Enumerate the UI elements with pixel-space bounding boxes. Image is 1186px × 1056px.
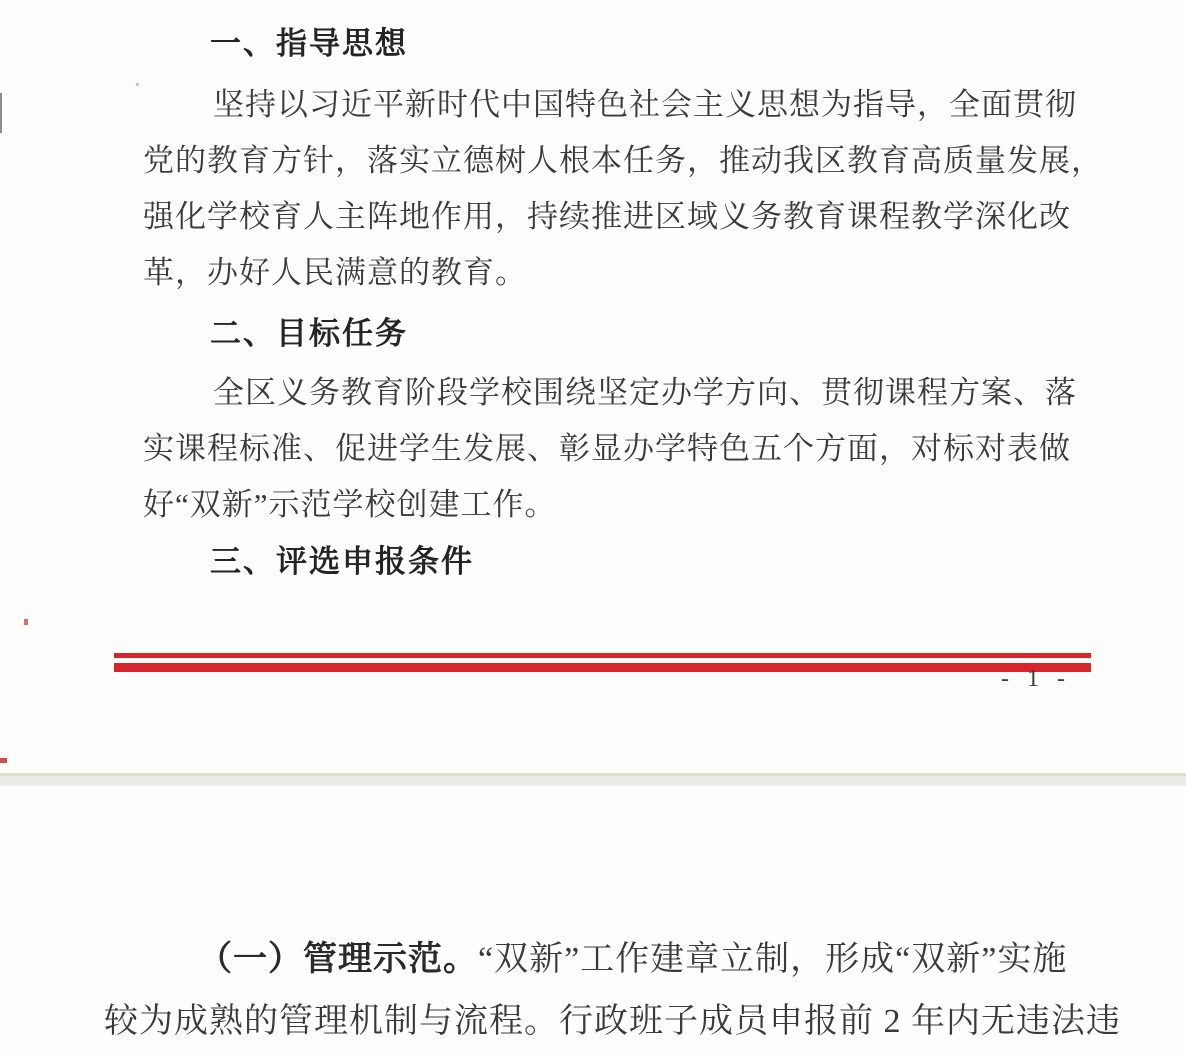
heading-guiding-ideology: 一、指导思想 [210,26,408,62]
page-1: 一、指导思想 坚持以习近平新时代中国特色社会主义思想为指导，全面贯彻 党的教育方… [0,0,1186,775]
page-number: - 1 - [988,666,1084,693]
page-gap-band [0,776,1186,786]
scan-artifact-pink-dot [136,83,139,86]
page-separator [0,773,1186,788]
heading-application-conditions: 三、评选申报条件 [210,544,474,580]
page-2: （一）管理示范。“双新”工作建章立制，形成“双新”实施 较为成熟的管理机制与流程… [0,788,1186,1056]
para1-line-3: 强化学校育人主阵地作用，持续推进区域义务教育课程教学深化改 [143,198,1071,235]
footer-rule-top [114,653,1091,658]
scan-artifact-red-speck [24,619,28,625]
para1-line-4: 革，办好人民满意的教育。 [143,254,527,291]
page2-line-1-rest: “双新”工作建章立制，形成“双新”实施 [478,941,1067,978]
page2-line-1: （一）管理示范。“双新”工作建章立制，形成“双新”实施 [198,940,1067,981]
para1-line-1: 坚持以习近平新时代中国特色社会主义思想为指导，全面贯彻 [213,86,1077,123]
footer-rule-bottom [114,663,1091,672]
clause-lead-in-management-model: （一）管理示范。 [198,941,478,978]
para1-line-2: 党的教育方针，落实立德树人根本任务，推动我区教育高质量发展， [143,142,1103,179]
scan-artifact-edge-mark [0,93,2,133]
scanned-document: 一、指导思想 坚持以习近平新时代中国特色社会主义思想为指导，全面贯彻 党的教育方… [0,0,1186,1056]
heading-goals-tasks: 二、目标任务 [210,316,408,352]
para2-line-2: 实课程标准、促进学生发展、彰显办学特色五个方面，对标对表做 [143,430,1071,467]
para2-line-3: 好“双新”示范学校创建工作。 [143,486,557,523]
page2-line-2: 较为成熟的管理机制与流程。行政班子成员申报前 2 年内无违法违 [104,1002,1121,1043]
para2-line-1: 全区义务教育阶段学校围绕坚定办学方向、贯彻课程方案、落 [213,374,1077,411]
scan-artifact-red-dash [0,758,7,763]
